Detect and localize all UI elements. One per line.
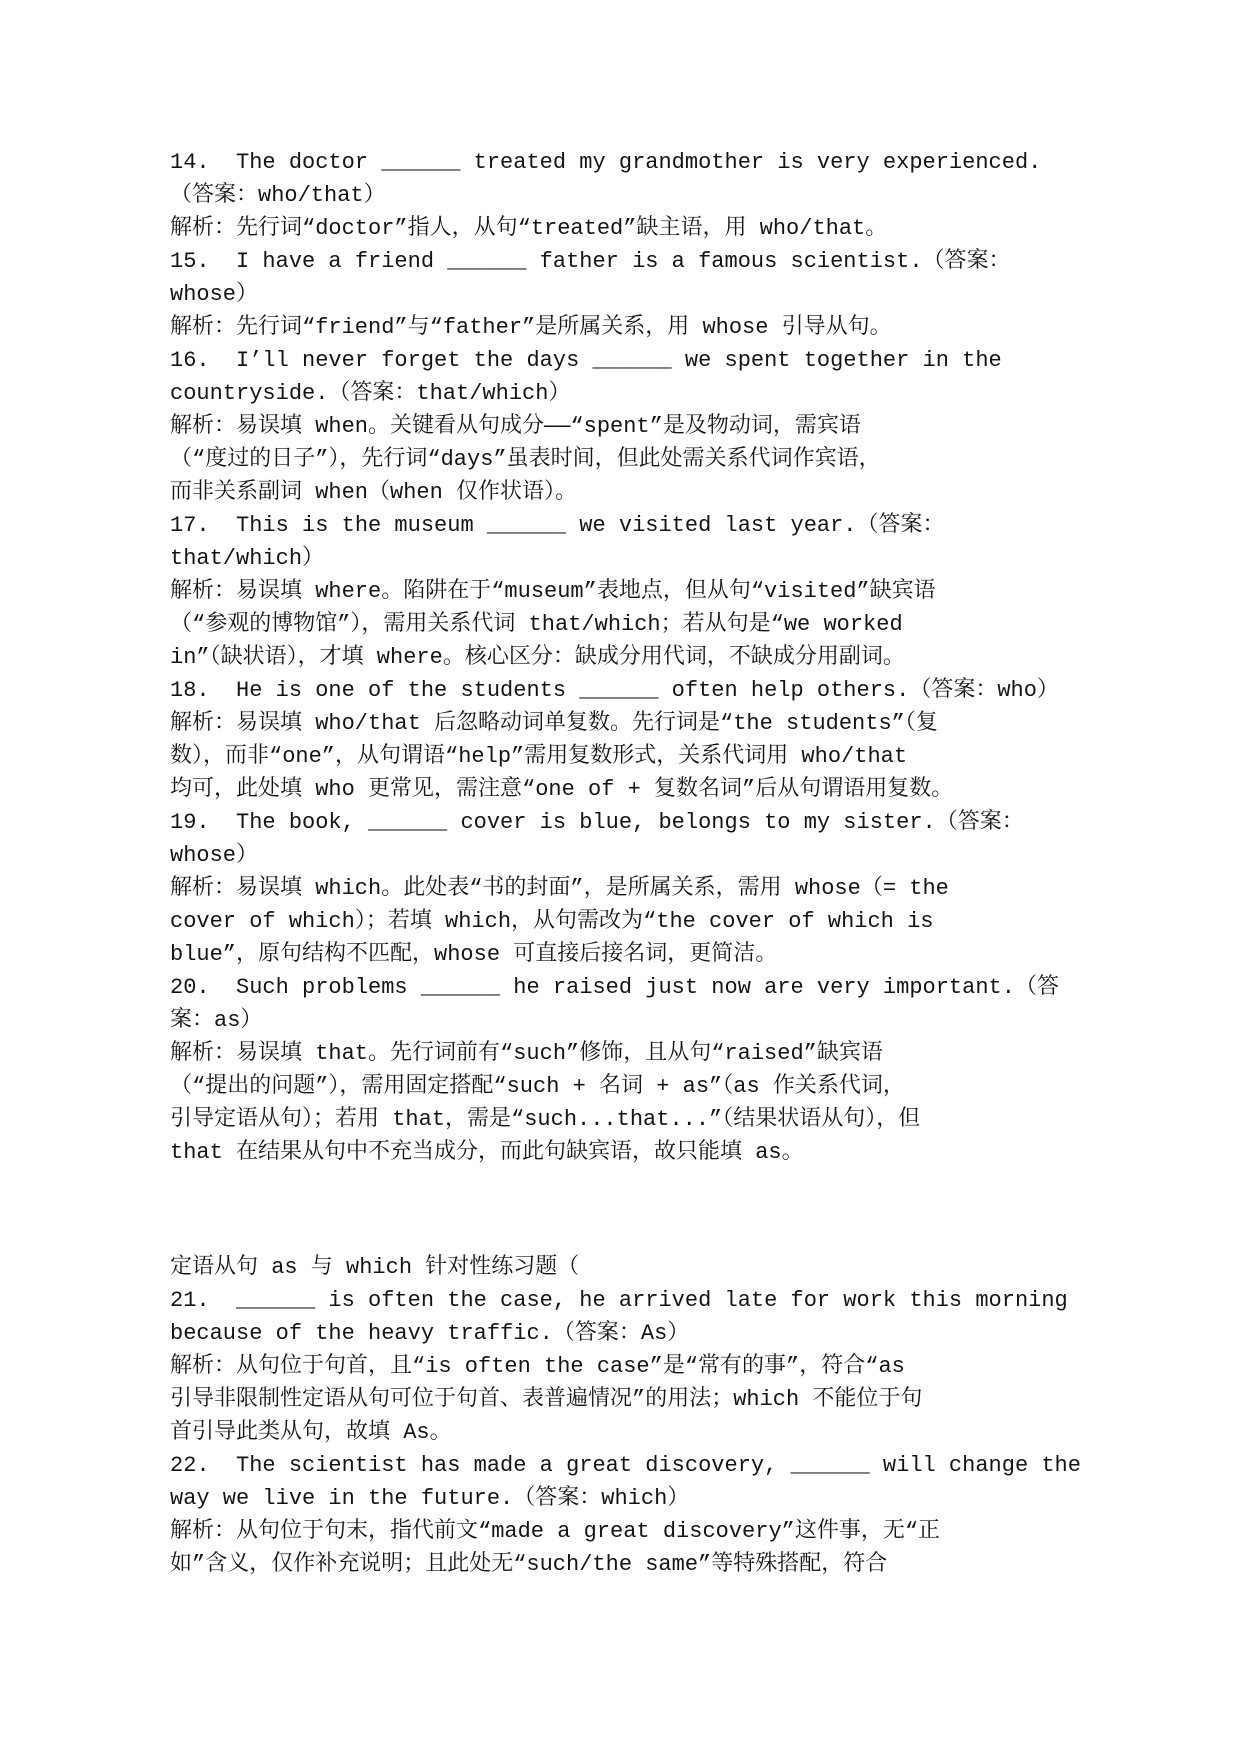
explanation-line: blue”，原句结构不匹配，whose 可直接后接名词，更简洁。 <box>170 938 1120 971</box>
answer-line: because of the heavy traffic.（答案：As） <box>170 1317 1120 1350</box>
explanation-line: 解析：先行词“friend”与“father”是所属关系，用 whose 引导从… <box>170 311 1120 344</box>
answer-line: whose） <box>170 839 1120 872</box>
text-line: 18. He is one of the students ______ oft… <box>170 674 1120 707</box>
section-relative-clause-items-14-20: 14. The doctor ______ treated my grandmo… <box>170 146 1120 1169</box>
section-as-vs-which-items-21-22: 定语从句 as 与 which 针对性练习题（ 21. ______ is of… <box>170 1251 1120 1581</box>
explanation-line: in”（缺状语），才填 where。核心区分：缺成分用代词，不缺成分用副词。 <box>170 641 1120 674</box>
explanation-line: 解析：从句位于句首，且“is often the case”是“常有的事”，符合… <box>170 1350 1120 1383</box>
explanation-line: 如”含义，仅作补充说明；且此处无“such/the same”等特殊搭配，符合 <box>170 1548 1120 1581</box>
text-line: 19. The book, ______ cover is blue, belo… <box>170 806 1120 839</box>
section-heading: 定语从句 as 与 which 针对性练习题（ <box>170 1251 1120 1284</box>
explanation-line: （“参观的博物馆”），需用关系代词 that/which；若从句是“we wor… <box>170 608 1120 641</box>
explanation-line: 解析：易误填 which。此处表“书的封面”，是所属关系，需用 whose（= … <box>170 872 1120 905</box>
explanation-line: 解析：易误填 where。陷阱在于“museum”表地点，但从句“visited… <box>170 575 1120 608</box>
explanation-line: （“度过的日子”），先行词“days”虽表时间，但此处需关系代词作宾语， <box>170 443 1120 476</box>
text-line: 17. This is the museum ______ we visited… <box>170 509 1120 542</box>
explanation-line: 解析：从句位于句末，指代前文“made a great discovery”这件… <box>170 1515 1120 1548</box>
explanation-line: 均可，此处填 who 更常见，需注意“one of + 复数名词”后从句谓语用复… <box>170 773 1120 806</box>
explanation-line: that 在结果从句中不充当成分，而此句缺宾语，故只能填 as。 <box>170 1136 1120 1169</box>
answer-line: way we live in the future.（答案：which） <box>170 1482 1120 1515</box>
text-line: 22. The scientist has made a great disco… <box>170 1449 1120 1482</box>
text-line: countryside.（答案：that/which） <box>170 377 1120 410</box>
answer-line: whose） <box>170 278 1120 311</box>
explanation-line: 而非关系副词 when（when 仅作状语）。 <box>170 476 1120 509</box>
explanation-line: （“提出的问题”），需用固定搭配“such + 名词 + as”（as 作关系代… <box>170 1070 1120 1103</box>
text-line: 14. The doctor ______ treated my grandmo… <box>170 146 1120 179</box>
text-line: 16. I’ll never forget the days ______ we… <box>170 344 1120 377</box>
explanation-line: cover of which）；若填 which，从句需改为“the cover… <box>170 905 1120 938</box>
explanation-line: 解析：易误填 when。关键看从句成分——“spent”是及物动词，需宾语 <box>170 410 1120 443</box>
explanation-line: 数），而非“one”，从句谓语“help”需用复数形式，关系代词用 who/th… <box>170 740 1120 773</box>
answer-line: 案：as） <box>170 1004 1120 1037</box>
text-line: 15. I have a friend ______ father is a f… <box>170 245 1120 278</box>
explanation-line: 引导非限制性定语从句可位于句首、表普遍情况”的用法；which 不能位于句 <box>170 1383 1120 1416</box>
answer-line: that/which） <box>170 542 1120 575</box>
explanation-line: 首引导此类从句，故填 As。 <box>170 1416 1120 1449</box>
document-page: 14. The doctor ______ treated my grandmo… <box>0 0 1240 1754</box>
explanation-line: 解析：易误填 who/that 后忽略动词单复数。先行词是“the studen… <box>170 707 1120 740</box>
text-line: 20. Such problems ______ he raised just … <box>170 971 1120 1004</box>
text-line: 21. ______ is often the case, he arrived… <box>170 1284 1120 1317</box>
explanation-line: 解析：易误填 that。先行词前有“such”修饰，且从句“raised”缺宾语 <box>170 1037 1120 1070</box>
explanation-line: 引导定语从句）；若用 that，需是“such...that...”（结果状语从… <box>170 1103 1120 1136</box>
explanation-line: 解析：先行词“doctor”指人，从句“treated”缺主语，用 who/th… <box>170 212 1120 245</box>
answer-line: （答案：who/that） <box>170 179 1120 212</box>
document-body: 14. The doctor ______ treated my grandmo… <box>170 146 1120 1581</box>
